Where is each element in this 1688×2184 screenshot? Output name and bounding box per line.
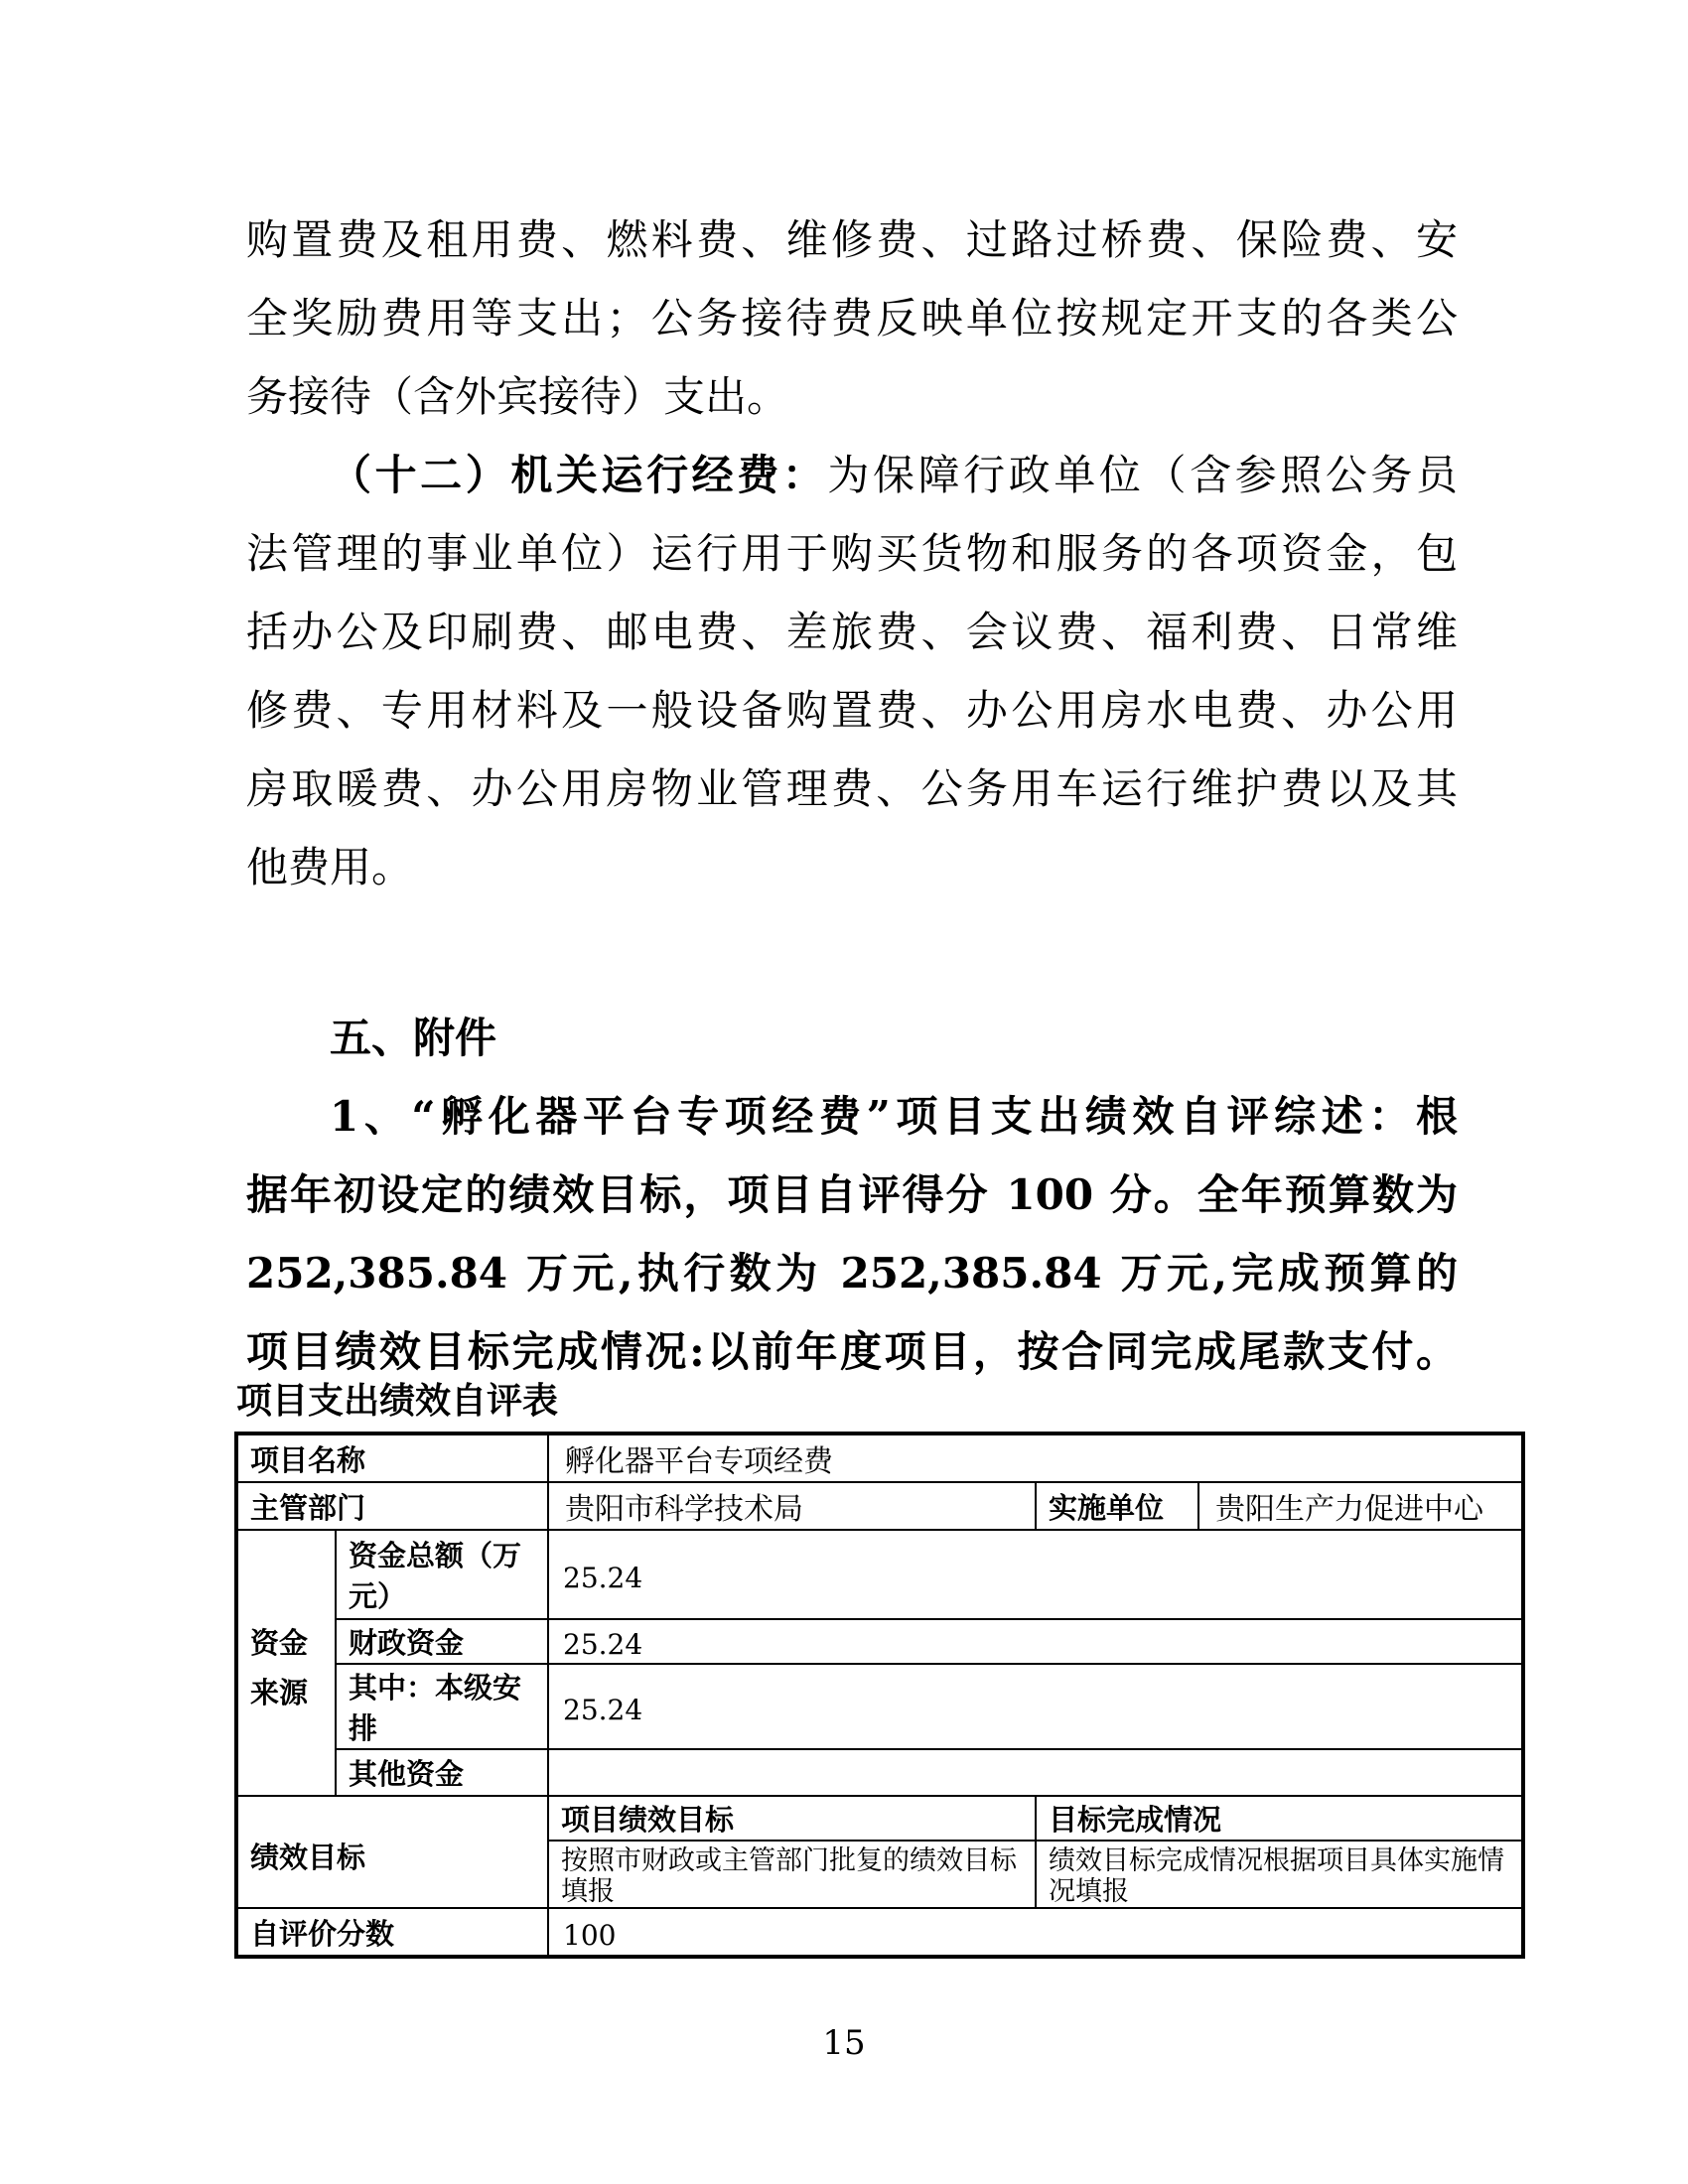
table-row: 主管部门 贵阳市科学技术局 实施单位 贵阳生产力促进中心 xyxy=(236,1482,1523,1530)
body-line: 务接待（含外宾接待）支出。 xyxy=(246,357,1458,436)
fund-total-label: 资金总额（万元） xyxy=(336,1530,548,1619)
table-row: 绩效目标 项目绩效目标 目标完成情况 xyxy=(236,1796,1523,1841)
body-line: 他费用。 xyxy=(246,828,1458,906)
body-line: 修费、专用材料及一般设备购置费、办公用房水电费、办公用 xyxy=(246,671,1458,750)
implementing-unit-label: 实施单位 xyxy=(1036,1482,1198,1530)
body-line: 252,385.84 万元,执行数为 252,385.84 万元,完成预算的 1… xyxy=(246,1234,1458,1312)
paragraph-lead-bold: （十二）机关运行经费： xyxy=(330,451,827,499)
body-line: （十二）机关运行经费：为保障行政单位（含参照公务员 xyxy=(246,436,1458,514)
goal-completion-note: 绩效目标完成情况根据项目具体实施情况填报 xyxy=(1036,1841,1523,1908)
body-line: 法管理的事业单位）运行用于购买货物和服务的各项资金，包 xyxy=(246,514,1458,593)
attachment-heading: 五、附件 xyxy=(246,999,1458,1077)
project-name-value: 孵化器平台专项经费 xyxy=(548,1433,1523,1482)
table-row: 自评价分数 100 xyxy=(236,1908,1523,1957)
document-page: 购置费及租用费、燃料费、维修费、过路过桥费、保险费、安 全奖励费用等支出；公务接… xyxy=(0,0,1688,2184)
table-row: 项目名称 孵化器平台专项经费 xyxy=(236,1433,1523,1482)
body-line: 购置费及租用费、燃料费、维修费、过路过桥费、保险费、安 xyxy=(246,201,1458,279)
fund-total-value: 25.24 xyxy=(548,1530,1523,1619)
body-line: 1、“孵化器平台专项经费”项目支出绩效自评综述：根 xyxy=(246,1077,1458,1156)
body-line: 全奖励费用等支出；公务接待费反映单位按规定开支的各类公 xyxy=(246,279,1458,357)
self-evaluation-table: 项目名称 孵化器平台专项经费 主管部门 贵阳市科学技术局 实施单位 贵阳生产力促… xyxy=(234,1432,1525,1959)
supervising-dept-label: 主管部门 xyxy=(236,1482,548,1530)
other-funds-label: 其他资金 xyxy=(336,1749,548,1796)
fiscal-funds-label: 财政资金 xyxy=(336,1619,548,1664)
self-score-value: 100 xyxy=(548,1908,1523,1957)
page-number: 15 xyxy=(0,2023,1688,2063)
goal-completion-label: 目标完成情况 xyxy=(1036,1796,1523,1841)
other-funds-value xyxy=(548,1749,1523,1796)
implementing-unit-value: 贵阳生产力促进中心 xyxy=(1198,1482,1523,1530)
project-perf-goal-label: 项目绩效目标 xyxy=(548,1796,1036,1841)
self-score-label: 自评价分数 xyxy=(236,1908,548,1957)
body-paragraphs: 购置费及租用费、燃料费、维修费、过路过桥费、保险费、安 全奖励费用等支出；公务接… xyxy=(246,201,1458,906)
supervising-dept-value: 贵阳市科学技术局 xyxy=(548,1482,1036,1530)
project-perf-goal-note: 按照市财政或主管部门批复的绩效目标填报 xyxy=(548,1841,1036,1908)
table-title: 项目支出绩效自评表 xyxy=(236,1380,558,1424)
table-row: 资金来源 资金总额（万元） 25.24 xyxy=(236,1530,1523,1619)
fund-source-label: 资金来源 xyxy=(236,1530,336,1796)
perf-goal-label: 绩效目标 xyxy=(236,1796,548,1908)
project-name-label: 项目名称 xyxy=(236,1433,548,1482)
table-row: 其中：本级安排 25.24 xyxy=(236,1664,1523,1749)
body-line: 房取暖费、办公用房物业管理费、公务用车运行维护费以及其 xyxy=(246,750,1458,828)
attachment-section: 五、附件 1、“孵化器平台专项经费”项目支出绩效自评综述：根 据年初设定的绩效目… xyxy=(246,999,1458,1391)
incl-local-label: 其中：本级安排 xyxy=(336,1664,548,1749)
table-row: 其他资金 xyxy=(236,1749,1523,1796)
fiscal-funds-value: 25.24 xyxy=(548,1619,1523,1664)
body-line: 据年初设定的绩效目标，项目自评得分 100 分。全年预算数为 xyxy=(246,1156,1458,1234)
paragraph-lead-rest: 为保障行政单位（含参照公务员 xyxy=(827,451,1458,499)
table-row: 财政资金 25.24 xyxy=(236,1619,1523,1664)
incl-local-value: 25.24 xyxy=(548,1664,1523,1749)
body-line: 括办公及印刷费、邮电费、差旅费、会议费、福利费、日常维 xyxy=(246,593,1458,671)
